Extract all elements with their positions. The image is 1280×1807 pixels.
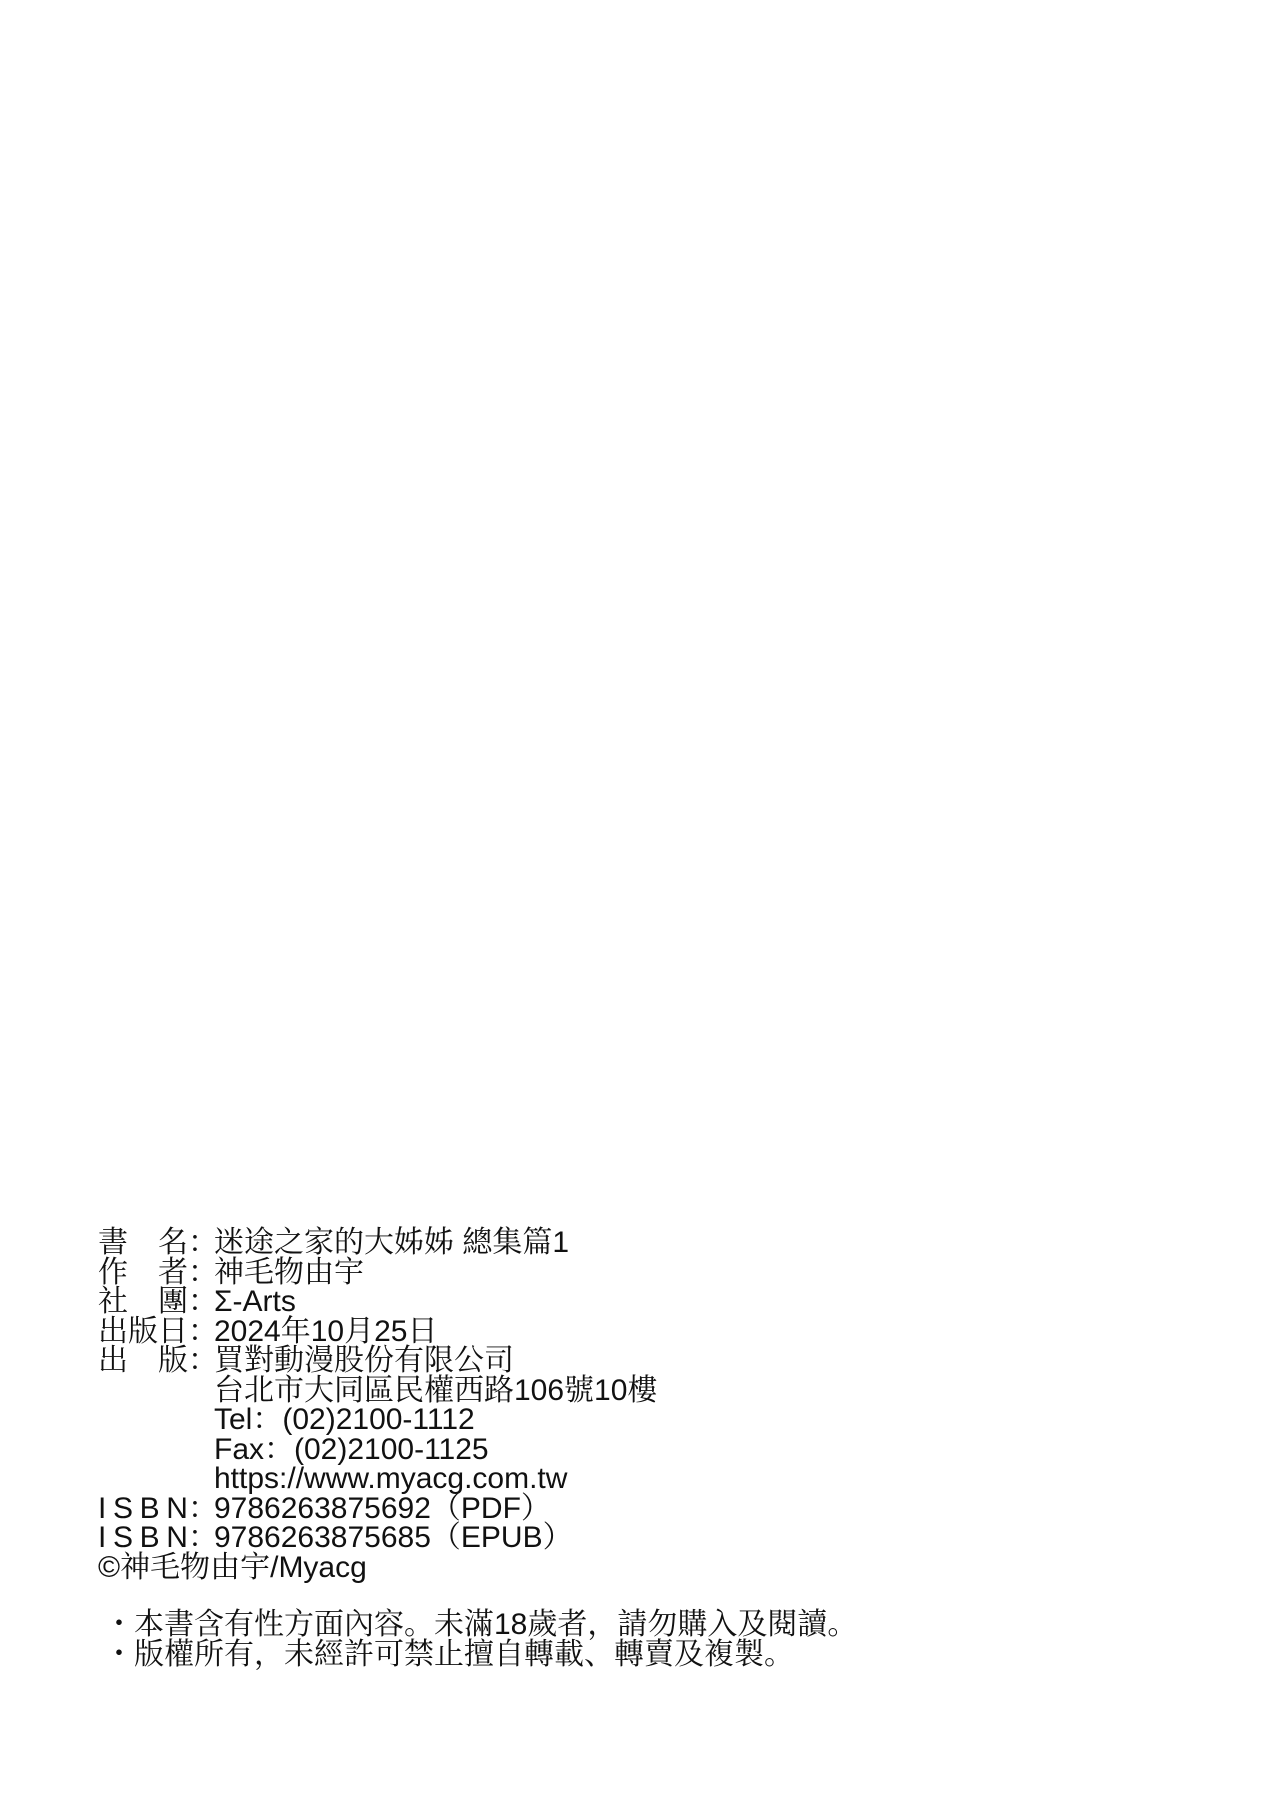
field-colon: ： xyxy=(188,1523,214,1553)
website-row: ：https://www.myacg.com.tw xyxy=(98,1464,657,1494)
publish-date-value: 2024年10月25日 xyxy=(214,1315,437,1348)
book-title-row: 書名：迷途之家的大姊姊 總集篇1 xyxy=(98,1228,657,1258)
field-colon: ： xyxy=(188,1317,214,1347)
isbn-epub-value: 9786263875685（EPUB） xyxy=(214,1521,573,1554)
field-colon: ： xyxy=(188,1258,214,1288)
bullet-icon: ・ xyxy=(104,1610,134,1640)
publish-date-row: 出版日：2024年10月25日 xyxy=(98,1317,657,1347)
isbn-epub-row: ISBN：9786263875685（EPUB） xyxy=(98,1523,657,1553)
isbn-pdf-row: ISBN：9786263875692（PDF） xyxy=(98,1494,657,1524)
tel-value: Tel：(02)2100-1112 xyxy=(214,1403,475,1436)
author-row: 作者：神毛物由宇 xyxy=(98,1258,657,1288)
field-colon: ： xyxy=(188,1228,214,1258)
book-title-value: 迷途之家的大姊姊 總集篇1 xyxy=(214,1226,569,1259)
copyright-line: ©神毛物由宇/Myacg xyxy=(98,1553,657,1583)
fax-row: ：Fax：(02)2100-1125 xyxy=(98,1435,657,1465)
adult-content-notice-text: 本書含有性方面內容。未滿18歲者，請勿購入及閱讀。 xyxy=(134,1608,857,1641)
circle-value: Σ-Arts xyxy=(214,1285,296,1318)
book-title-label: 書名 xyxy=(98,1228,188,1258)
colophon-block: 書名：迷途之家的大姊姊 總集篇1 作者：神毛物由宇 社團：Σ-Arts 出版日：… xyxy=(98,1228,657,1582)
publish-date-label: 出版日 xyxy=(98,1317,188,1347)
field-colon: ： xyxy=(188,1346,214,1376)
publisher-label: 出版 xyxy=(98,1346,188,1376)
circle-row: 社團：Σ-Arts xyxy=(98,1287,657,1317)
publisher-address-value: 台北市大同區民權西路106號10樓 xyxy=(214,1374,657,1407)
publisher-row: 出版：買對動漫股份有限公司 xyxy=(98,1346,657,1376)
field-colon: ： xyxy=(188,1287,214,1317)
notices-block: ・本書含有性方面內容。未滿18歲者，請勿購入及閱讀。 ・版權所有，未經許可禁止擅… xyxy=(104,1610,857,1670)
author-value: 神毛物由宇 xyxy=(214,1256,364,1289)
isbn-label: ISBN xyxy=(98,1523,188,1553)
fax-value: Fax：(02)2100-1125 xyxy=(214,1433,489,1466)
colophon-page: { "page": { "background_color": "#ffffff… xyxy=(0,0,1280,1807)
author-label: 作者 xyxy=(98,1258,188,1288)
publisher-value: 買對動漫股份有限公司 xyxy=(214,1344,514,1377)
copyright-notice-text: 版權所有，未經許可禁止擅自轉載、轉賣及複製。 xyxy=(134,1638,794,1671)
copyright-notice: ・版權所有，未經許可禁止擅自轉載、轉賣及複製。 xyxy=(104,1640,857,1670)
circle-label: 社團 xyxy=(98,1287,188,1317)
adult-content-notice: ・本書含有性方面內容。未滿18歲者，請勿購入及閱讀。 xyxy=(104,1610,857,1640)
isbn-pdf-value: 9786263875692（PDF） xyxy=(214,1492,551,1525)
field-colon: ： xyxy=(188,1494,214,1524)
publisher-address-row: ：台北市大同區民權西路106號10樓 xyxy=(98,1376,657,1406)
tel-row: ：Tel：(02)2100-1112 xyxy=(98,1405,657,1435)
isbn-label: ISBN xyxy=(98,1494,188,1524)
website-url: https://www.myacg.com.tw xyxy=(214,1462,567,1495)
bullet-icon: ・ xyxy=(104,1640,134,1670)
